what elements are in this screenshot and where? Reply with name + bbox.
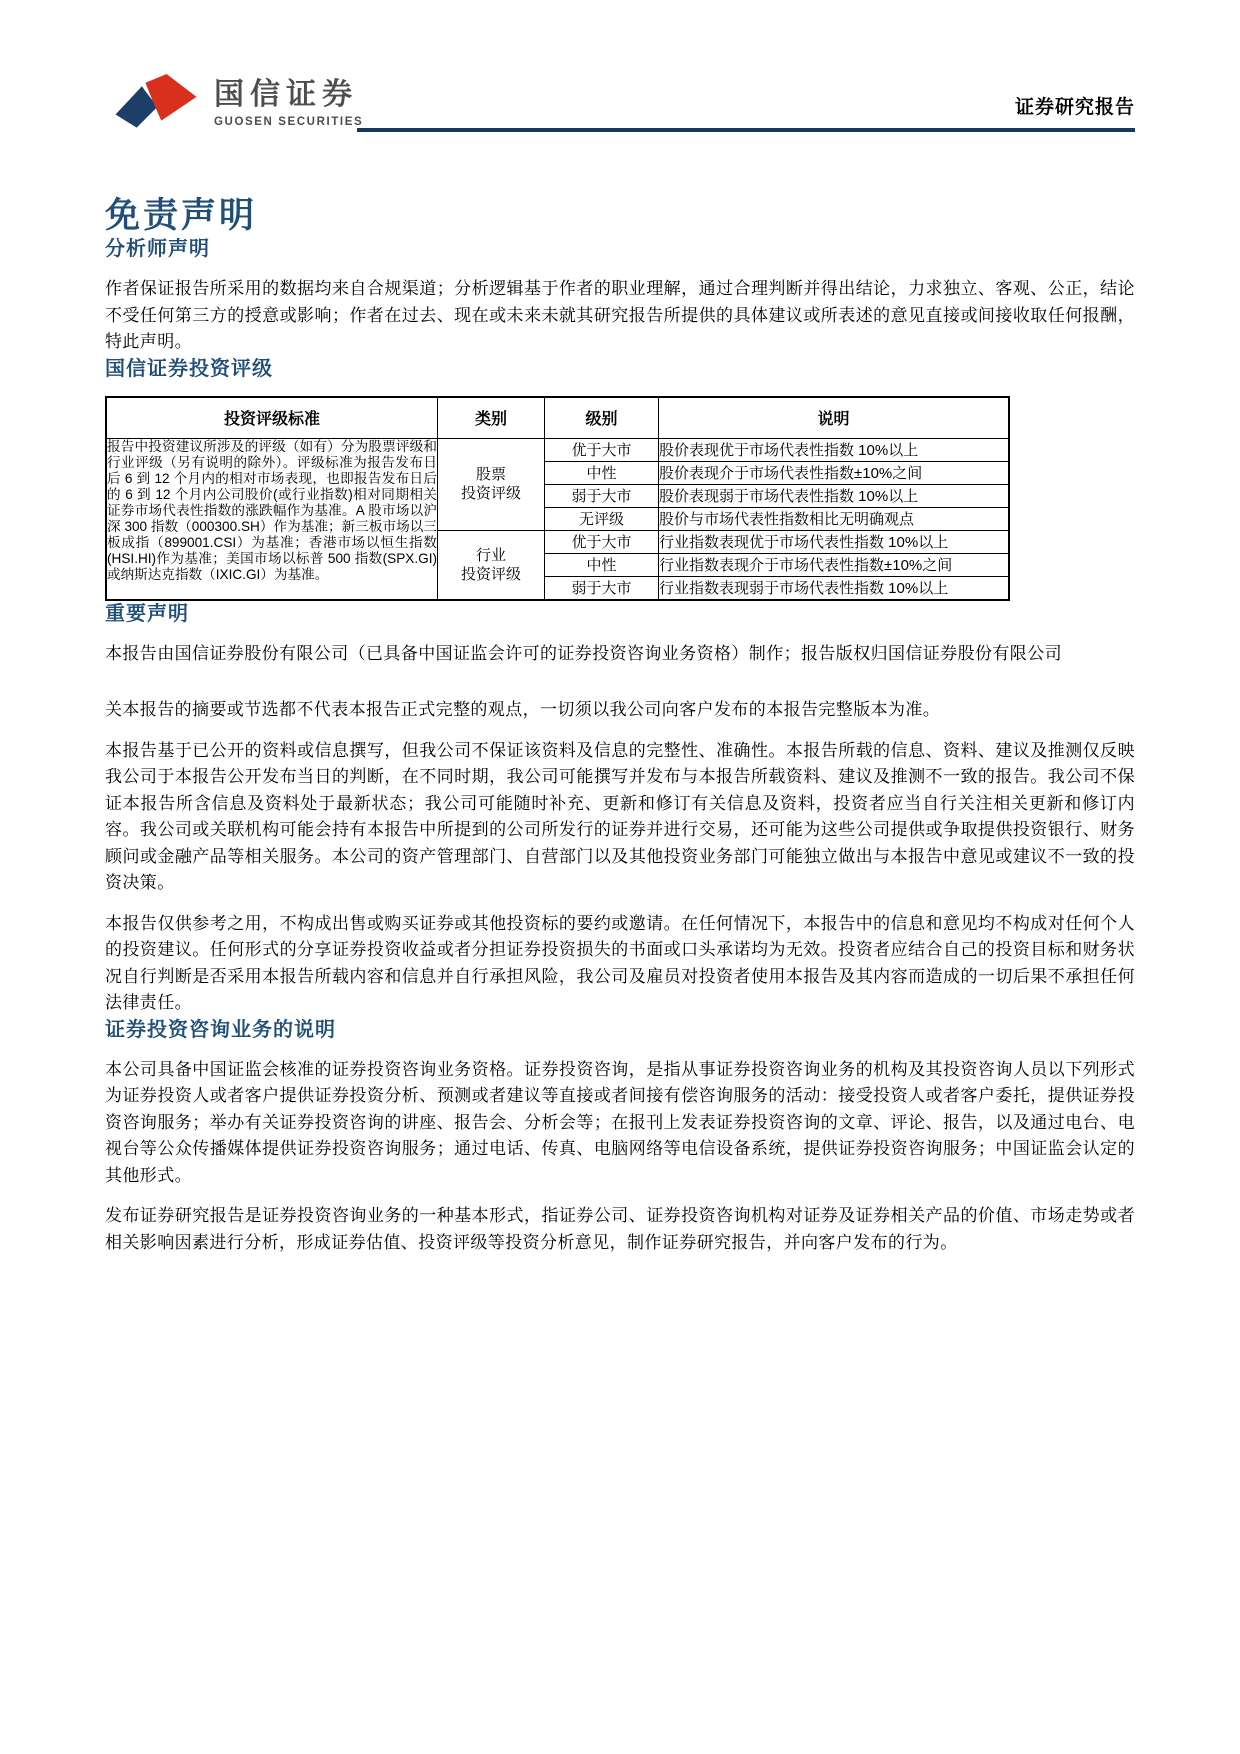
description-cell: 行业指数表现优于市场代表性指数 10%以上 xyxy=(659,530,1010,553)
description-cell: 股价表现介于市场代表性指数±10%之间 xyxy=(659,461,1010,484)
header-cell-description: 说明 xyxy=(659,397,1010,439)
description-cell: 行业指数表现弱于市场代表性指数 10%以上 xyxy=(659,576,1010,600)
consulting-paragraph-1: 本公司具备中国证监会核准的证券投资咨询业务资格。证券投资咨询，是指从事证券投资咨… xyxy=(105,1057,1135,1190)
important-paragraph-1: 本报告由国信证券股份有限公司（已具备中国证监会许可的证券投资咨询业务资格）制作；… xyxy=(105,641,1135,668)
section-heading-consulting-business: 证券投资咨询业务的说明 xyxy=(105,1017,1135,1043)
report-type-label: 证券研究报告 xyxy=(1015,92,1135,119)
investment-rating-table: 投资评级标准 类别 级别 说明 报告中投资建议所涉及的评级（如有）分为股票评级和… xyxy=(105,396,1010,601)
header-cell-category: 类别 xyxy=(438,397,545,439)
level-cell: 中性 xyxy=(545,461,659,484)
rating-criteria-cell: 报告中投资建议所涉及的评级（如有）分为股票评级和行业评级（另有说明的除外）。评级… xyxy=(106,438,438,600)
important-paragraph-2: 关本报告的摘要或节选都不代表本报告正式完整的观点，一切须以我公司向客户发布的本报… xyxy=(105,697,1135,724)
section-heading-investment-rating: 国信证券投资评级 xyxy=(105,356,1135,382)
brand-logo: 国信证券 GUOSEN SECURITIES xyxy=(112,72,363,134)
report-page: 国信证券 GUOSEN SECURITIES 证券研究报告 免责声明 分析师声明… xyxy=(0,0,1240,1754)
page-header: 国信证券 GUOSEN SECURITIES 证券研究报告 xyxy=(0,0,1240,140)
rating-table-header-row: 投资评级标准 类别 级别 说明 xyxy=(106,397,1009,439)
header-cell-level: 级别 xyxy=(545,397,659,439)
page-title: 免责声明 xyxy=(105,196,1135,236)
important-paragraph-4: 本报告仅供参考之用，不构成出售或购买证券或其他投资标的要约或邀请。在任何情况下，… xyxy=(105,911,1135,1017)
table-row: 报告中投资建议所涉及的评级（如有）分为股票评级和行业评级（另有说明的除外）。评级… xyxy=(106,438,1009,461)
level-cell: 优于大市 xyxy=(545,438,659,461)
section-heading-important-statement: 重要声明 xyxy=(105,601,1135,627)
analyst-statement-paragraph: 作者保证报告所采用的数据均来自合规渠道；分析逻辑基于作者的职业理解，通过合理判断… xyxy=(105,276,1135,356)
level-cell: 弱于大市 xyxy=(545,576,659,600)
brand-text: 国信证券 GUOSEN SECURITIES xyxy=(214,72,363,128)
description-cell: 行业指数表现介于市场代表性指数±10%之间 xyxy=(659,553,1010,576)
description-cell: 股价表现优于市场代表性指数 10%以上 xyxy=(659,438,1010,461)
level-cell: 弱于大市 xyxy=(545,484,659,507)
level-cell: 优于大市 xyxy=(545,530,659,553)
important-paragraph-3: 本报告基于已公开的资料或信息撰写，但我公司不保证该资料及信息的完整性、准确性。本… xyxy=(105,738,1135,897)
header-cell-criteria: 投资评级标准 xyxy=(106,397,438,439)
description-cell: 股价表现弱于市场代表性指数 10%以上 xyxy=(659,484,1010,507)
header-divider xyxy=(357,128,1135,132)
guosen-diamond-icon xyxy=(112,72,200,134)
category-cell-stock: 股票 投资评级 xyxy=(438,438,545,530)
rating-table-head: 投资评级标准 类别 级别 说明 xyxy=(106,397,1009,439)
category-cell-industry: 行业 投资评级 xyxy=(438,530,545,600)
level-cell: 无评级 xyxy=(545,507,659,530)
brand-name: 国信证券 xyxy=(214,78,363,112)
rating-table-body: 报告中投资建议所涉及的评级（如有）分为股票评级和行业评级（另有说明的除外）。评级… xyxy=(106,438,1009,600)
description-cell: 股价与市场代表性指数相比无明确观点 xyxy=(659,507,1010,530)
section-heading-analyst-statement: 分析师声明 xyxy=(105,236,1135,262)
brand-subtitle: GUOSEN SECURITIES xyxy=(214,116,363,128)
level-cell: 中性 xyxy=(545,553,659,576)
page-content: 免责声明 分析师声明 作者保证报告所采用的数据均来自合规渠道；分析逻辑基于作者的… xyxy=(0,196,1240,1256)
consulting-paragraph-2: 发布证券研究报告是证券投资咨询业务的一种基本形式，指证券公司、证券投资咨询机构对… xyxy=(105,1203,1135,1256)
